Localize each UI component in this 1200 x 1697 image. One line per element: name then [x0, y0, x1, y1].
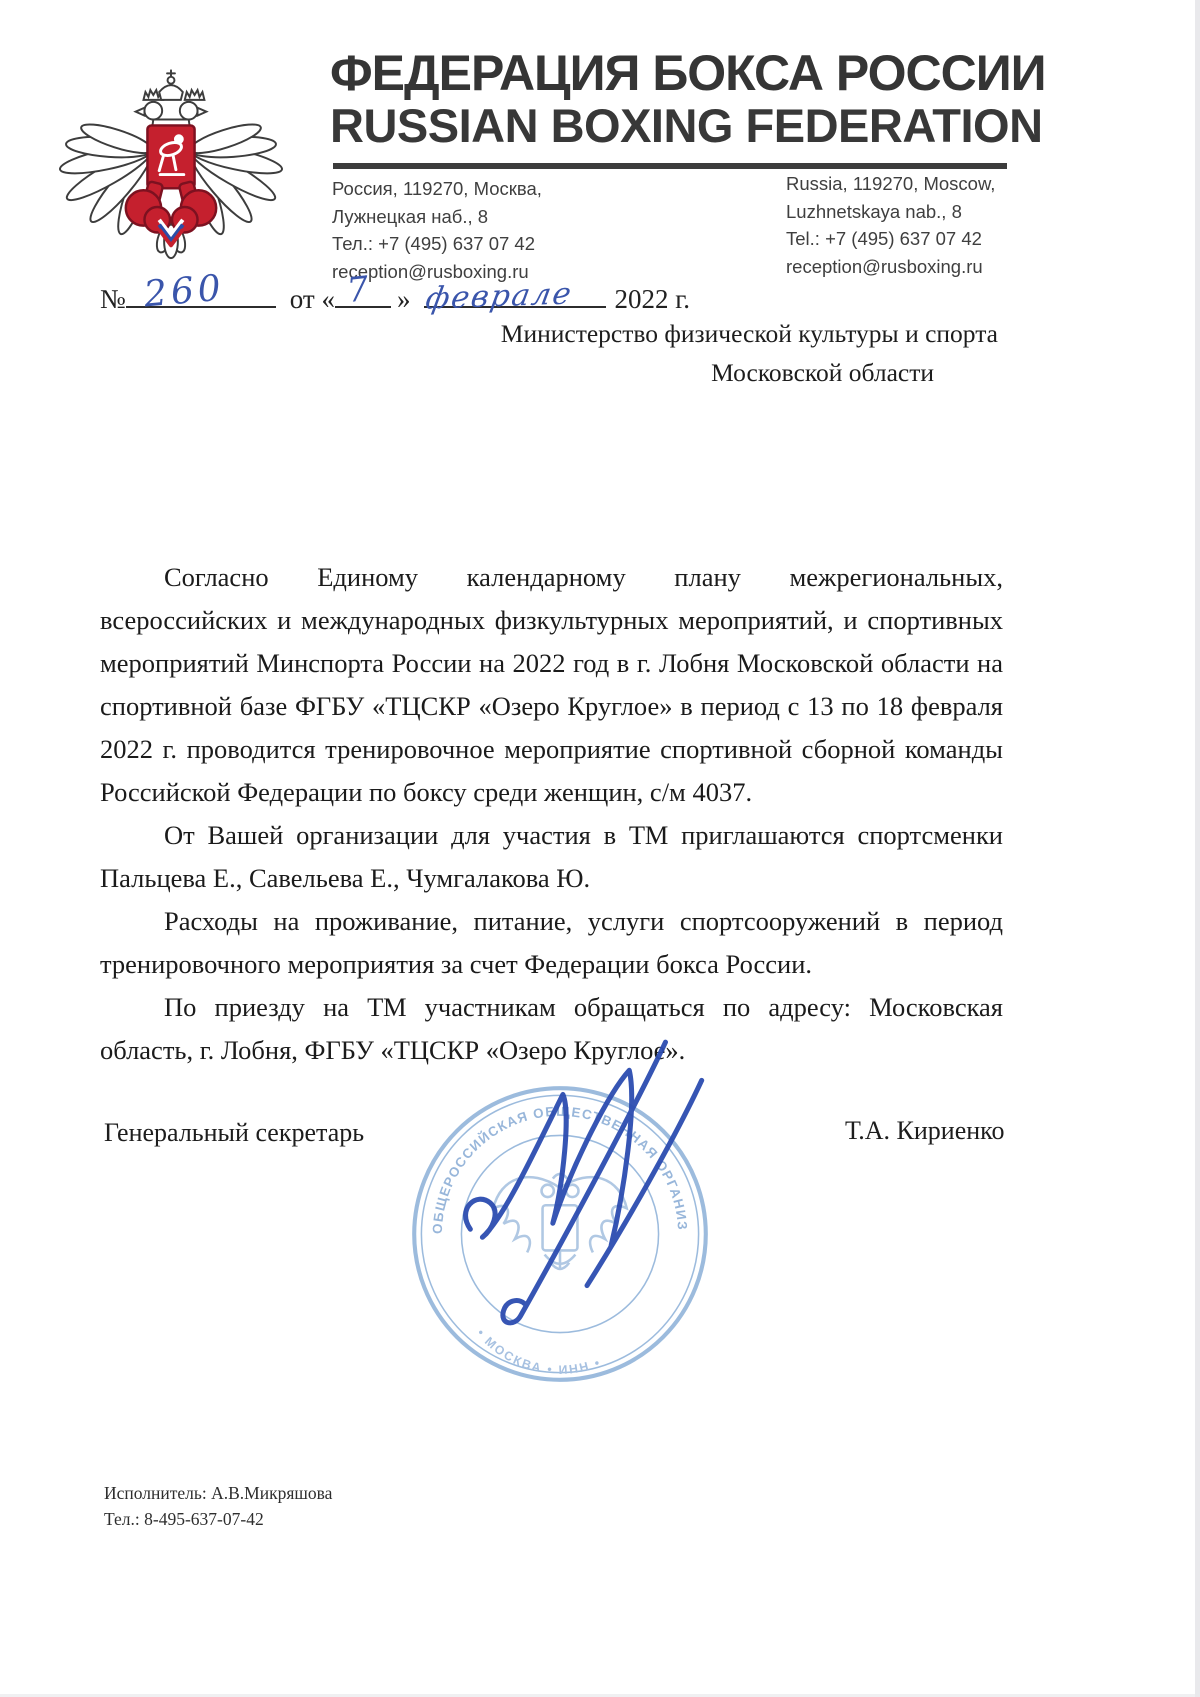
- month-field: феврале: [424, 274, 606, 308]
- contact-block-en: Russia, 119270, Moscow, Luzhnetskaya nab…: [786, 170, 995, 280]
- executor-block: Исполнитель: А.В.Микряшова Тел.: 8-495-6…: [104, 1480, 332, 1532]
- contact-en-email: reception@rusboxing.ru: [786, 253, 995, 281]
- contact-ru-phone: Тел.: +7 (495) 637 07 42: [332, 230, 542, 258]
- signer-position: Генеральный секретарь: [104, 1118, 364, 1148]
- number-sign: №: [100, 284, 126, 314]
- day-field: 7: [335, 274, 391, 308]
- from-label: от «: [290, 284, 335, 314]
- paragraph-1: Согласно Единому календарному плану межр…: [100, 556, 1003, 814]
- signature-scrawl-icon: [412, 1032, 754, 1344]
- org-title-ru: ФЕДЕРАЦИЯ БОКСА РОССИИ: [330, 44, 1020, 102]
- quote-close: »: [397, 284, 411, 314]
- contact-ru-address2: Лужнецкая наб., 8: [332, 203, 542, 231]
- contact-ru-address1: Россия, 119270, Москва,: [332, 175, 542, 203]
- letter-page: ФЕДЕРАЦИЯ БОКСА РОССИИ RUSSIAN BOXING FE…: [0, 0, 1200, 1697]
- year-label: 2022 г.: [614, 284, 690, 314]
- handwritten-number: 260: [142, 268, 226, 316]
- reference-line: №260от «7»феврале2022 г.: [100, 274, 690, 315]
- letter-body: Согласно Единому календарному плану межр…: [100, 556, 1003, 1072]
- executor-name: Исполнитель: А.В.Микряшова: [104, 1480, 332, 1506]
- paragraph-2: От Вашей организации для участия в ТМ пр…: [100, 814, 1003, 900]
- signer-name: Т.А. Кириенко: [845, 1116, 1005, 1146]
- recipient-block: Министерство физической культуры и спорт…: [501, 314, 998, 392]
- header-divider: [333, 163, 1007, 169]
- contact-en-phone: Tel.: +7 (495) 637 07 42: [786, 225, 995, 253]
- org-title-en: RUSSIAN BOXING FEDERATION: [330, 98, 1020, 153]
- federation-emblem-icon: [58, 36, 284, 264]
- contact-en-address1: Russia, 119270, Moscow,: [786, 170, 995, 198]
- handwritten-day: 7: [345, 269, 371, 311]
- handwritten-month: феврале: [423, 276, 576, 316]
- number-field: 260: [126, 274, 276, 308]
- executor-phone: Тел.: 8-495-637-07-42: [104, 1506, 332, 1532]
- recipient-line1: Министерство физической культуры и спорт…: [501, 314, 998, 353]
- paragraph-3: Расходы на проживание, питание, услуги с…: [100, 900, 1003, 986]
- contact-en-address2: Luzhnetskaya nab., 8: [786, 198, 995, 226]
- recipient-line2: Московской области: [501, 353, 998, 392]
